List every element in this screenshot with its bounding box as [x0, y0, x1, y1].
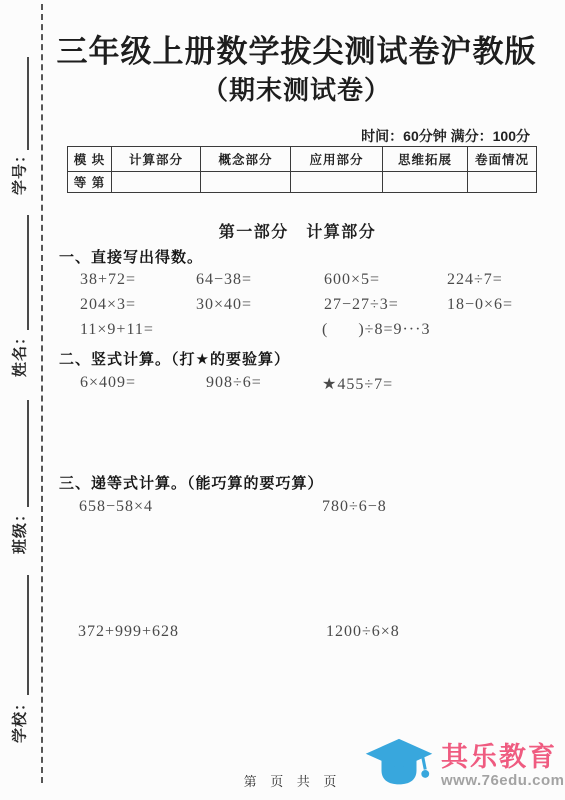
- grade-cell: [383, 172, 468, 193]
- math-problem: 600×5=: [324, 271, 380, 289]
- page-subtitle: （期末测试卷）: [50, 70, 543, 107]
- brand-name: 其乐教育: [441, 742, 564, 772]
- math-problem: 27−27÷3=: [324, 296, 399, 314]
- graduation-cap-icon: [364, 734, 434, 796]
- math-problem: 6×409=: [80, 374, 136, 392]
- brand-logo: 其乐教育 www.76edu.com: [364, 734, 564, 796]
- name-blank-line: [27, 215, 29, 330]
- math-problem: ( )÷8=9···3: [322, 321, 430, 339]
- fold-dashed-line: [41, 4, 43, 783]
- math-problem: 18−0×6=: [447, 296, 513, 314]
- math-problem: 38+72=: [80, 271, 136, 289]
- question-1-heading: 一、直接写出得数。: [59, 246, 203, 267]
- math-problem: ★455÷7=: [322, 374, 393, 394]
- grade-cell: [468, 172, 537, 193]
- sidebar-label-class: 班级：: [9, 506, 30, 554]
- math-problem: 780÷6−8: [322, 498, 387, 516]
- question-3-heading: 三、递等式计算。（能巧算的要巧算）: [59, 472, 324, 493]
- brand-url: www.76edu.com: [441, 772, 564, 789]
- section-title: 第一部分 计算部分: [55, 219, 540, 242]
- grade-cell: [291, 172, 383, 193]
- sidebar-label-name: 姓名：: [9, 329, 30, 377]
- math-problem: 64−38=: [196, 271, 252, 289]
- grade-cell: [201, 172, 291, 193]
- math-problem: 908÷6=: [206, 374, 262, 392]
- math-problem: 658−58×4: [79, 498, 153, 516]
- score-table-col: 思维拓展: [383, 147, 468, 172]
- score-table-corner: 模 块: [68, 147, 112, 172]
- exam-paper: 学号： 姓名： 班级： 学校： 三年级上册数学拔尖测试卷沪教版 （期末测试卷） …: [0, 0, 565, 800]
- question-2-heading: 二、竖式计算。（打★的要验算）: [59, 348, 290, 369]
- math-problem: 11×9+11=: [80, 321, 154, 339]
- grade-cell: [112, 172, 201, 193]
- page-title: 三年级上册数学拔尖测试卷沪教版: [50, 26, 543, 71]
- math-problem: 1200÷6×8: [326, 623, 400, 641]
- sidebar-label-student-id: 学号：: [9, 147, 30, 195]
- school-blank-line: [27, 575, 29, 695]
- score-table-col: 应用部分: [291, 147, 383, 172]
- score-table-row-label: 等 第: [68, 172, 112, 193]
- exam-meta: 时间：60分钟 满分：100分: [361, 126, 530, 146]
- math-problem: 224÷7=: [447, 271, 503, 289]
- math-problem: 204×3=: [80, 296, 136, 314]
- sidebar-label-school: 学校：: [9, 695, 30, 743]
- score-table-col: 概念部分: [201, 147, 291, 172]
- score-table: 模 块 计算部分 概念部分 应用部分 思维拓展 卷面情况 等 第: [67, 146, 537, 193]
- student-id-blank-line: [27, 57, 29, 150]
- class-blank-line: [27, 400, 29, 507]
- math-problem: 30×40=: [196, 296, 252, 314]
- score-table-col: 计算部分: [112, 147, 201, 172]
- score-table-col: 卷面情况: [468, 147, 537, 172]
- math-problem: 372+999+628: [78, 623, 179, 641]
